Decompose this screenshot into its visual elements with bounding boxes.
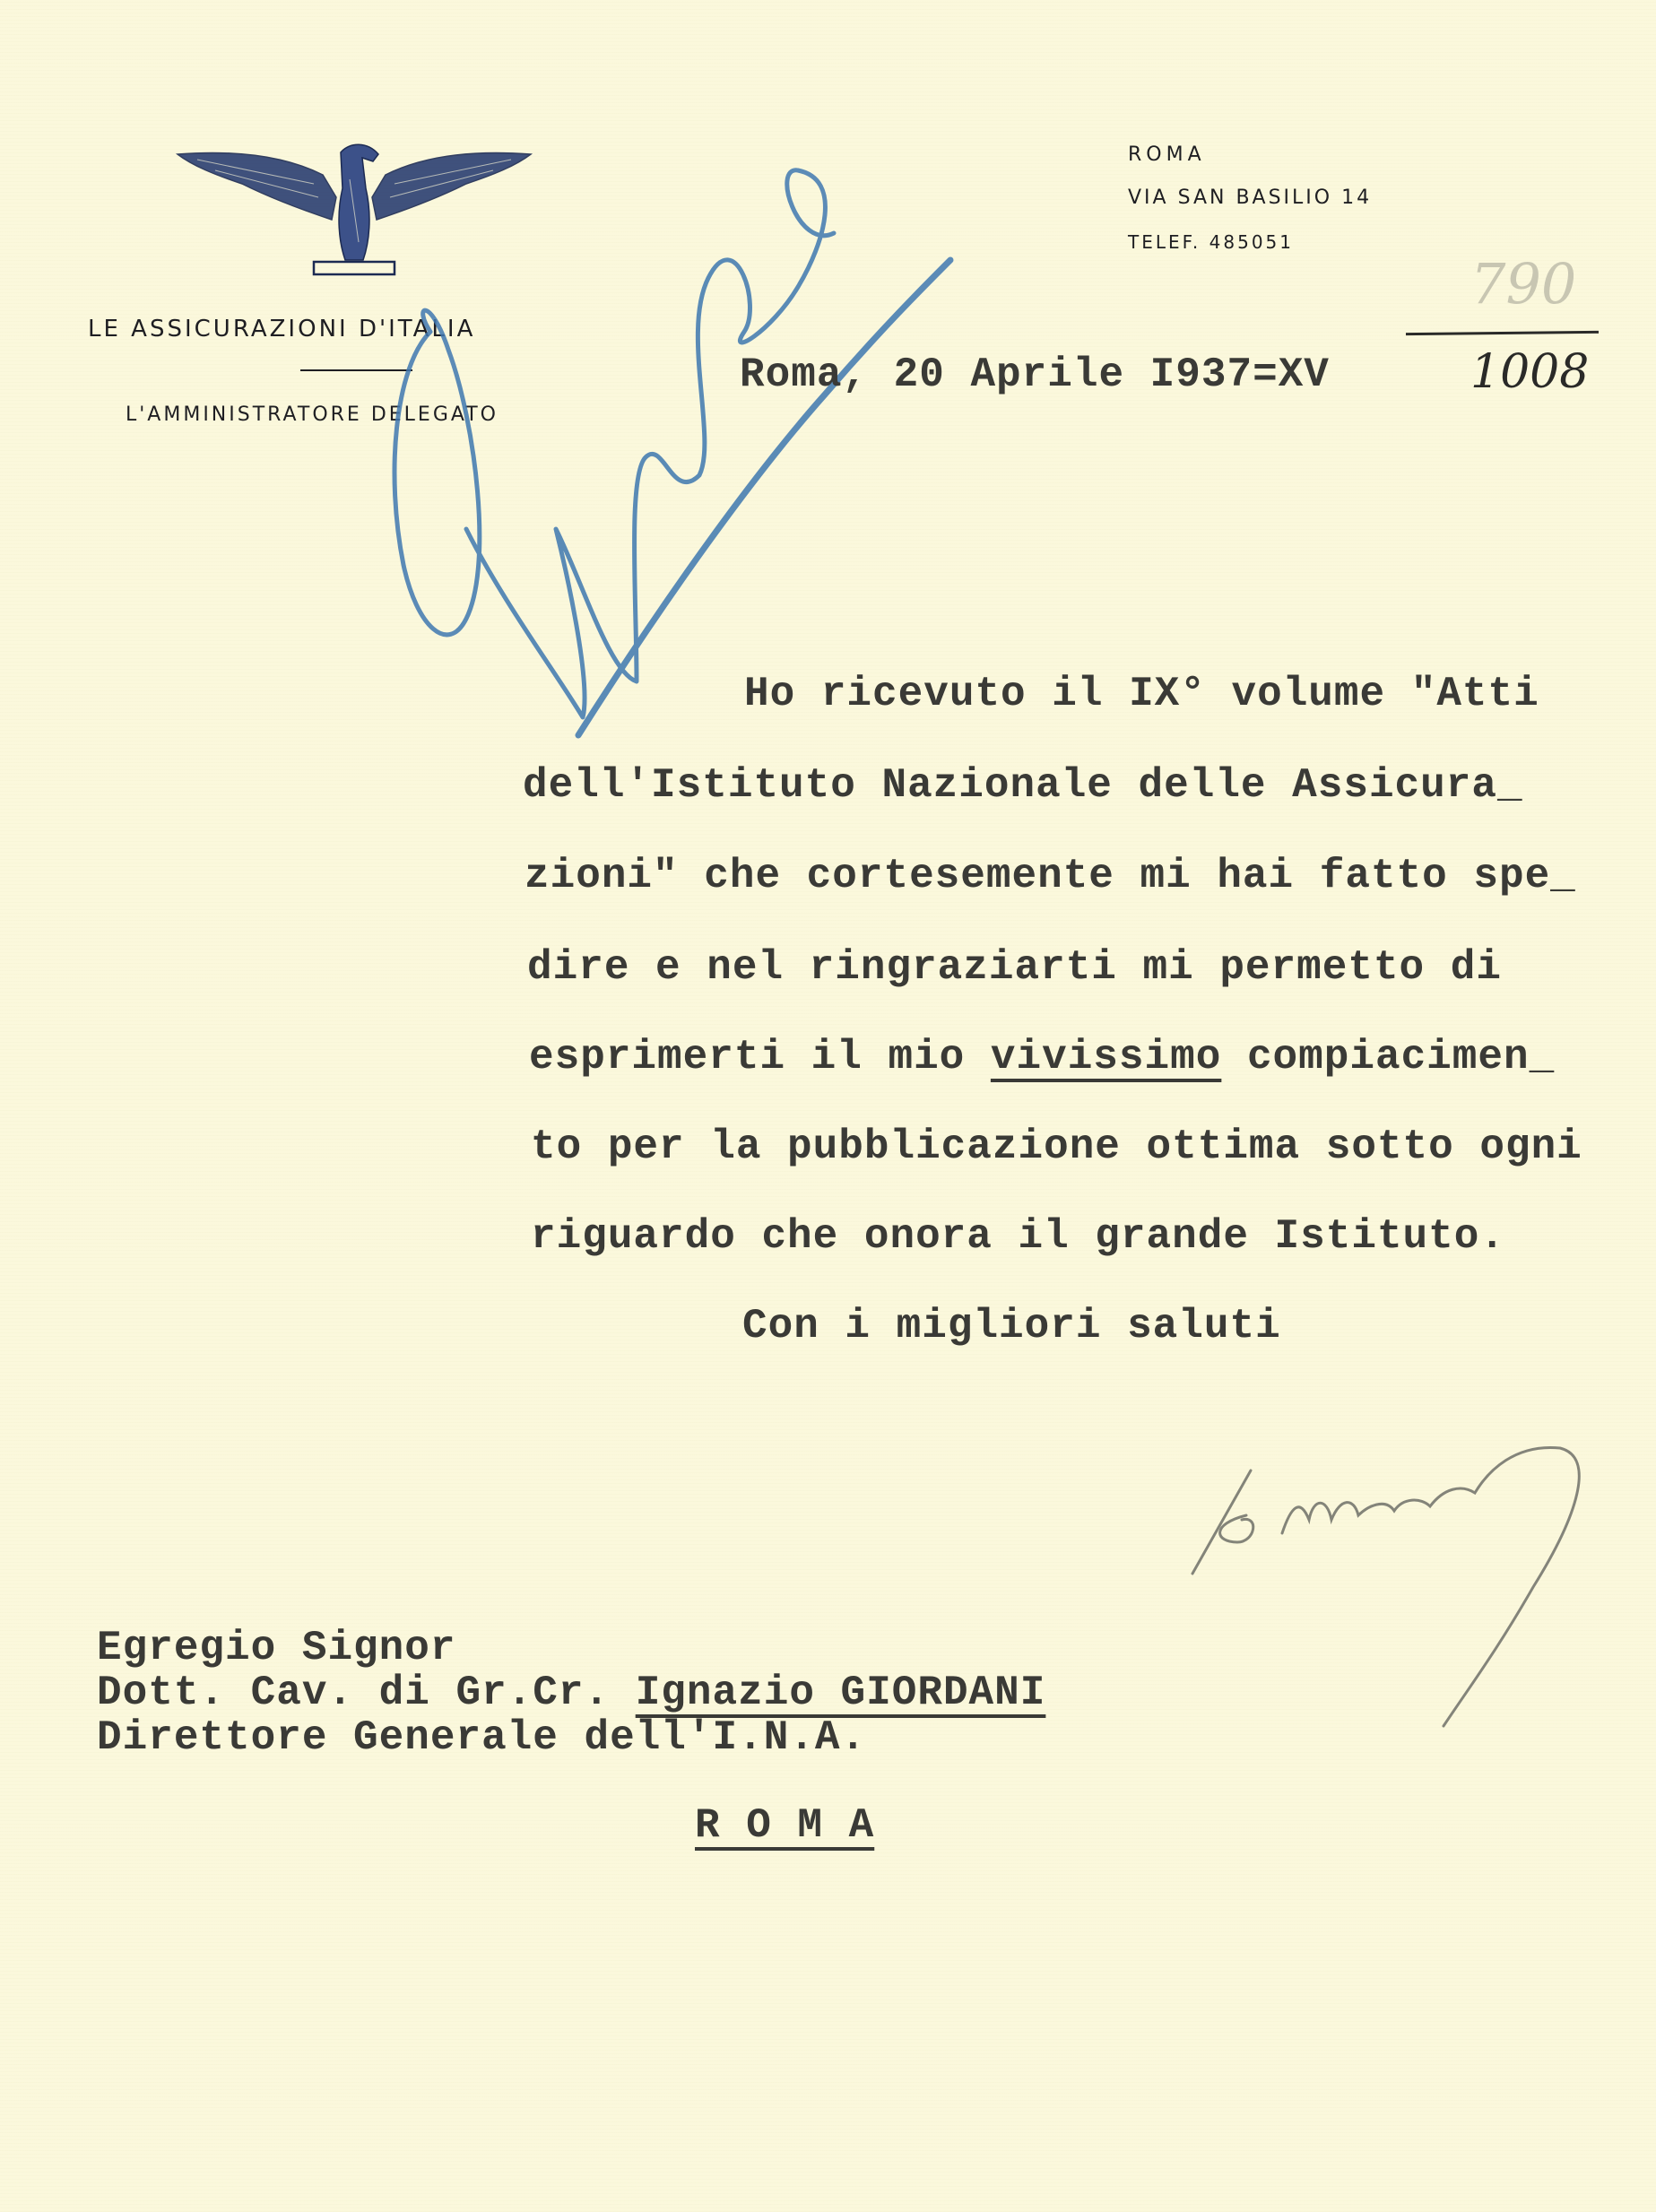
recipient-title: Dott. Cav. di Gr.Cr. — [97, 1670, 636, 1716]
letterhead-phone: TELEF. 485051 — [1128, 231, 1294, 253]
letter-date: Roma, 20 Aprile I937=XV — [740, 351, 1330, 398]
body-line-3: zioni" che cortesemente mi hai fatto spe… — [525, 853, 1576, 899]
body-line-2: dell'Istituto Nazionale delle Assicura_ — [523, 762, 1523, 809]
blue-pencil-mark-icon — [377, 99, 968, 744]
recipient-salutation: Egregio Signor — [97, 1625, 455, 1671]
body-line-1: Ho ricevuto il IX° volume "Atti — [744, 671, 1539, 717]
reference-number-bottom: 1008 — [1470, 345, 1589, 399]
letter-closing: Con i migliori saluti — [742, 1303, 1281, 1349]
signature-icon — [1175, 1408, 1605, 1731]
body-line-5-start: esprimerti il mio — [529, 1034, 991, 1080]
body-line-5: esprimerti il mio vivissimo compiacimen_ — [529, 1034, 1555, 1080]
body-line-6: to per la pubblicazione ottima sotto ogn… — [531, 1123, 1582, 1170]
letterhead-city: ROMA — [1128, 143, 1206, 166]
emphasized-word: vivissimo — [991, 1034, 1221, 1080]
body-line-4: dire e nel ringraziarti mi permetto di — [527, 944, 1502, 991]
body-line-5-end: compiacimen_ — [1221, 1034, 1555, 1080]
letterhead-address: VIA SAN BASILIO 14 — [1128, 187, 1372, 209]
recipient-role: Direttore Generale dell'I.N.A. — [97, 1714, 866, 1761]
reference-fraction-line — [1406, 331, 1599, 335]
recipient-name-line: Dott. Cav. di Gr.Cr. Ignazio GIORDANI — [97, 1670, 1045, 1716]
recipient-city: R O M A — [695, 1802, 874, 1849]
body-line-7: riguardo che onora il grande Istituto. — [531, 1213, 1505, 1260]
reference-number-top: 790 — [1470, 251, 1576, 317]
recipient-name: Ignazio GIORDANI — [636, 1670, 1046, 1716]
